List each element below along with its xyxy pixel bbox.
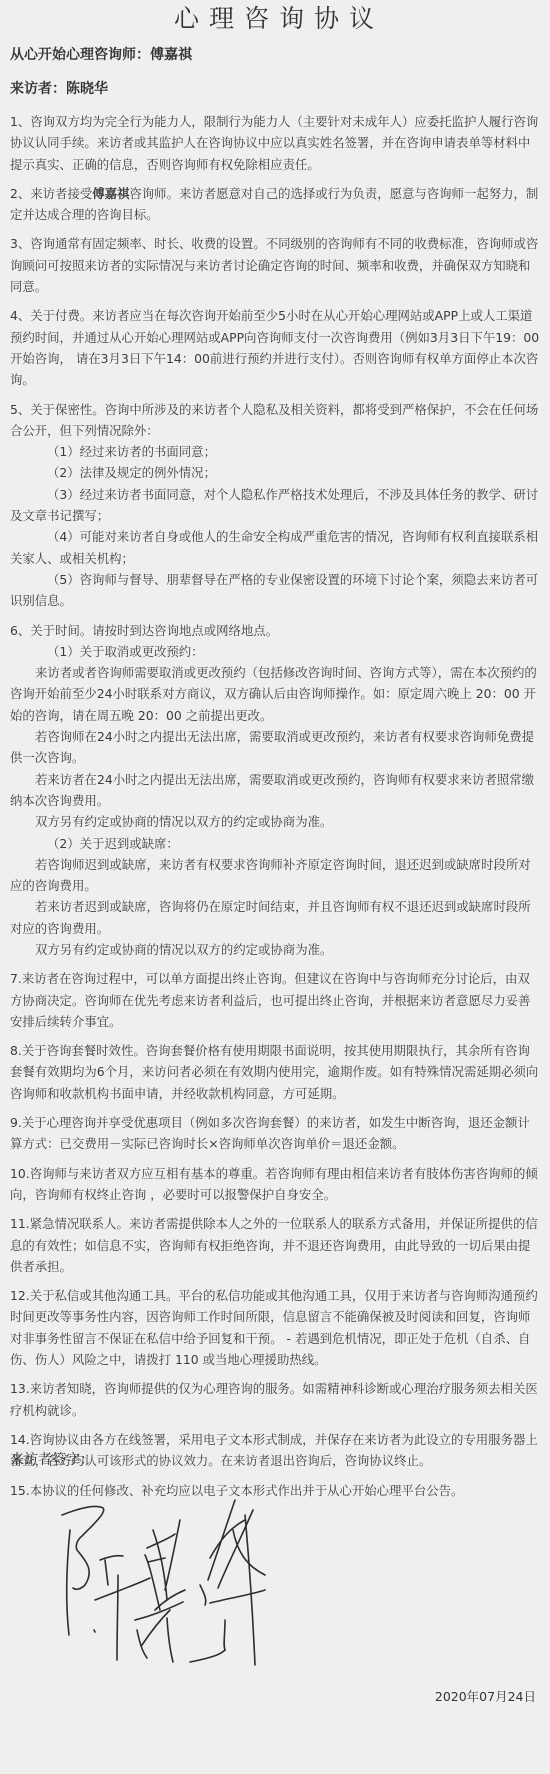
clause-6-sub2-title: （2）关于迟到或缺席：	[10, 833, 540, 854]
clause-5-item: （5）咨询师与督导、朋辈督导在严格的专业保密设置的环境下讨论个案，须隐去来访者可…	[10, 569, 540, 612]
clause-1: 1、咨询双方均为完全行为能力人，限制行为能力人（主要针对未成年人）应委托监护人履…	[10, 111, 540, 175]
signature-label: 来访者签字：	[10, 1450, 94, 1470]
clause-3: 3、咨询通常有固定频率、时长、收费的设置。不同级别的咨询师有不同的收费标准，咨询…	[10, 233, 540, 297]
clause-6-sub2-para: 双方另有约定或协商的情况以双方的约定或协商为准。	[10, 939, 540, 960]
clause-5-item: （1）经过来访者的书面同意；	[10, 441, 540, 462]
page-title: 心理咨询协议	[0, 2, 550, 36]
clause-4: 4、关于付费。来访者应当在每次咨询开始前至少5小时在从心开始心理网站或APP上或…	[10, 305, 540, 390]
visitor-name: 陈晓华	[66, 81, 108, 97]
clause-6-intro: 6、关于时间。请按时到达咨询地点或网络地点。	[10, 620, 540, 641]
clause-13: 13.来访者知晓，咨询师提供的仅为心理咨询的服务。如需精神科诊断或心理治疗服务须…	[10, 1378, 540, 1421]
clause-12: 12.关于私信或其他沟通工具。平台的私信功能或其他沟通工具，仅用于来访者与咨询师…	[10, 1285, 540, 1370]
clause-2-prefix: 2、来访者接受	[10, 186, 92, 201]
clause-5: 5、关于保密性。咨询中所涉及的来访者个人隐私及相关资料，都将受到严格保护，不会在…	[10, 399, 540, 612]
clause-5-item: （4）可能对来访者自身或他人的生命安全构成严重危害的情况，咨询师有权利直接联系相…	[10, 526, 540, 569]
handwritten-signature	[55, 1490, 295, 1690]
clause-6-sub1-para: 若咨询师在24小时之内提出无法出席，需要取消或更改预约，来访者有权要求咨询师免费…	[10, 726, 540, 769]
counselor-label: 从心开始心理咨询师：	[10, 47, 150, 63]
clause-6-sub1-para: 若来访者在24小时之内提出无法出席，需要取消或更改预约，咨询师有权要求来访者照常…	[10, 769, 540, 812]
counselor-name: 傅嘉祺	[150, 47, 192, 63]
clause-6: 6、关于时间。请按时到达咨询地点或网络地点。 （1）关于取消或更改预约： 来访者…	[10, 620, 540, 961]
visitor-line: 来访者：陈晓华	[10, 79, 108, 99]
clause-6-sub1-title: （1）关于取消或更改预约：	[10, 641, 540, 662]
clause-6-sub2-para: 若咨询师迟到或缺席，来访者有权要求咨询师补齐原定咨询时间，退还迟到或缺席时段所对…	[10, 854, 540, 897]
clause-5-intro: 5、关于保密性。咨询中所涉及的来访者个人隐私及相关资料，都将受到严格保护，不会在…	[10, 399, 540, 442]
counselor-line: 从心开始心理咨询师：傅嘉祺	[10, 45, 192, 65]
clause-5-item: （2）法律及规定的例外情况；	[10, 462, 540, 483]
agreement-clauses: 1、咨询双方均为完全行为能力人，限制行为能力人（主要针对未成年人）应委托监护人履…	[10, 111, 540, 1501]
clause-8: 8.关于咨询套餐时效性。咨询套餐价格有使用期限书面说明，按其使用期限执行，其余所…	[10, 1040, 540, 1104]
clause-2-counselor-name: 傅嘉祺	[92, 186, 129, 201]
clause-6-sub1-para: 来访者或者咨询师需要取消或更改预约（包括修改咨询时间、咨询方式等），需在本次预约…	[10, 662, 540, 726]
signature-date: 2020年07月24日	[435, 1688, 536, 1706]
agreement-page: 心理咨询协议 从心开始心理咨询师：傅嘉祺 来访者：陈晓华 1、咨询双方均为完全行…	[0, 0, 550, 1774]
clause-2: 2、来访者接受傅嘉祺咨询师。来访者愿意对自己的选择或行为负责，愿意与咨询师一起努…	[10, 183, 540, 226]
clause-7: 7.来访者在咨询过程中，可以单方面提出终止咨询。但建议在咨询中与咨询师充分讨论后…	[10, 968, 540, 1032]
clause-5-item: （3）经过来访者书面同意，对个人隐私作严格技术处理后，不涉及具体任务的教学、研讨…	[10, 484, 540, 527]
clause-11: 11.紧急情况联系人。来访者需提供除本人之外的一位联系人的联系方式备用，并保证所…	[10, 1213, 540, 1277]
clause-9: 9.关于心理咨询并享受优惠项目（例如多次咨询套餐）的来访者，如发生中断咨询，退还…	[10, 1112, 540, 1155]
visitor-label: 来访者：	[10, 81, 66, 97]
clause-6-sub2-para: 若来访者迟到或缺席，咨询将仍在原定时间结束，并且咨询师有权不退还迟到或缺席时段所…	[10, 896, 540, 939]
clause-10: 10.咨询师与来访者双方应互相有基本的尊重。若咨询师有理由相信来访者有肢体伤害咨…	[10, 1163, 540, 1206]
clause-6-sub1-para: 双方另有约定或协商的情况以双方的约定或协商为准。	[10, 811, 540, 832]
